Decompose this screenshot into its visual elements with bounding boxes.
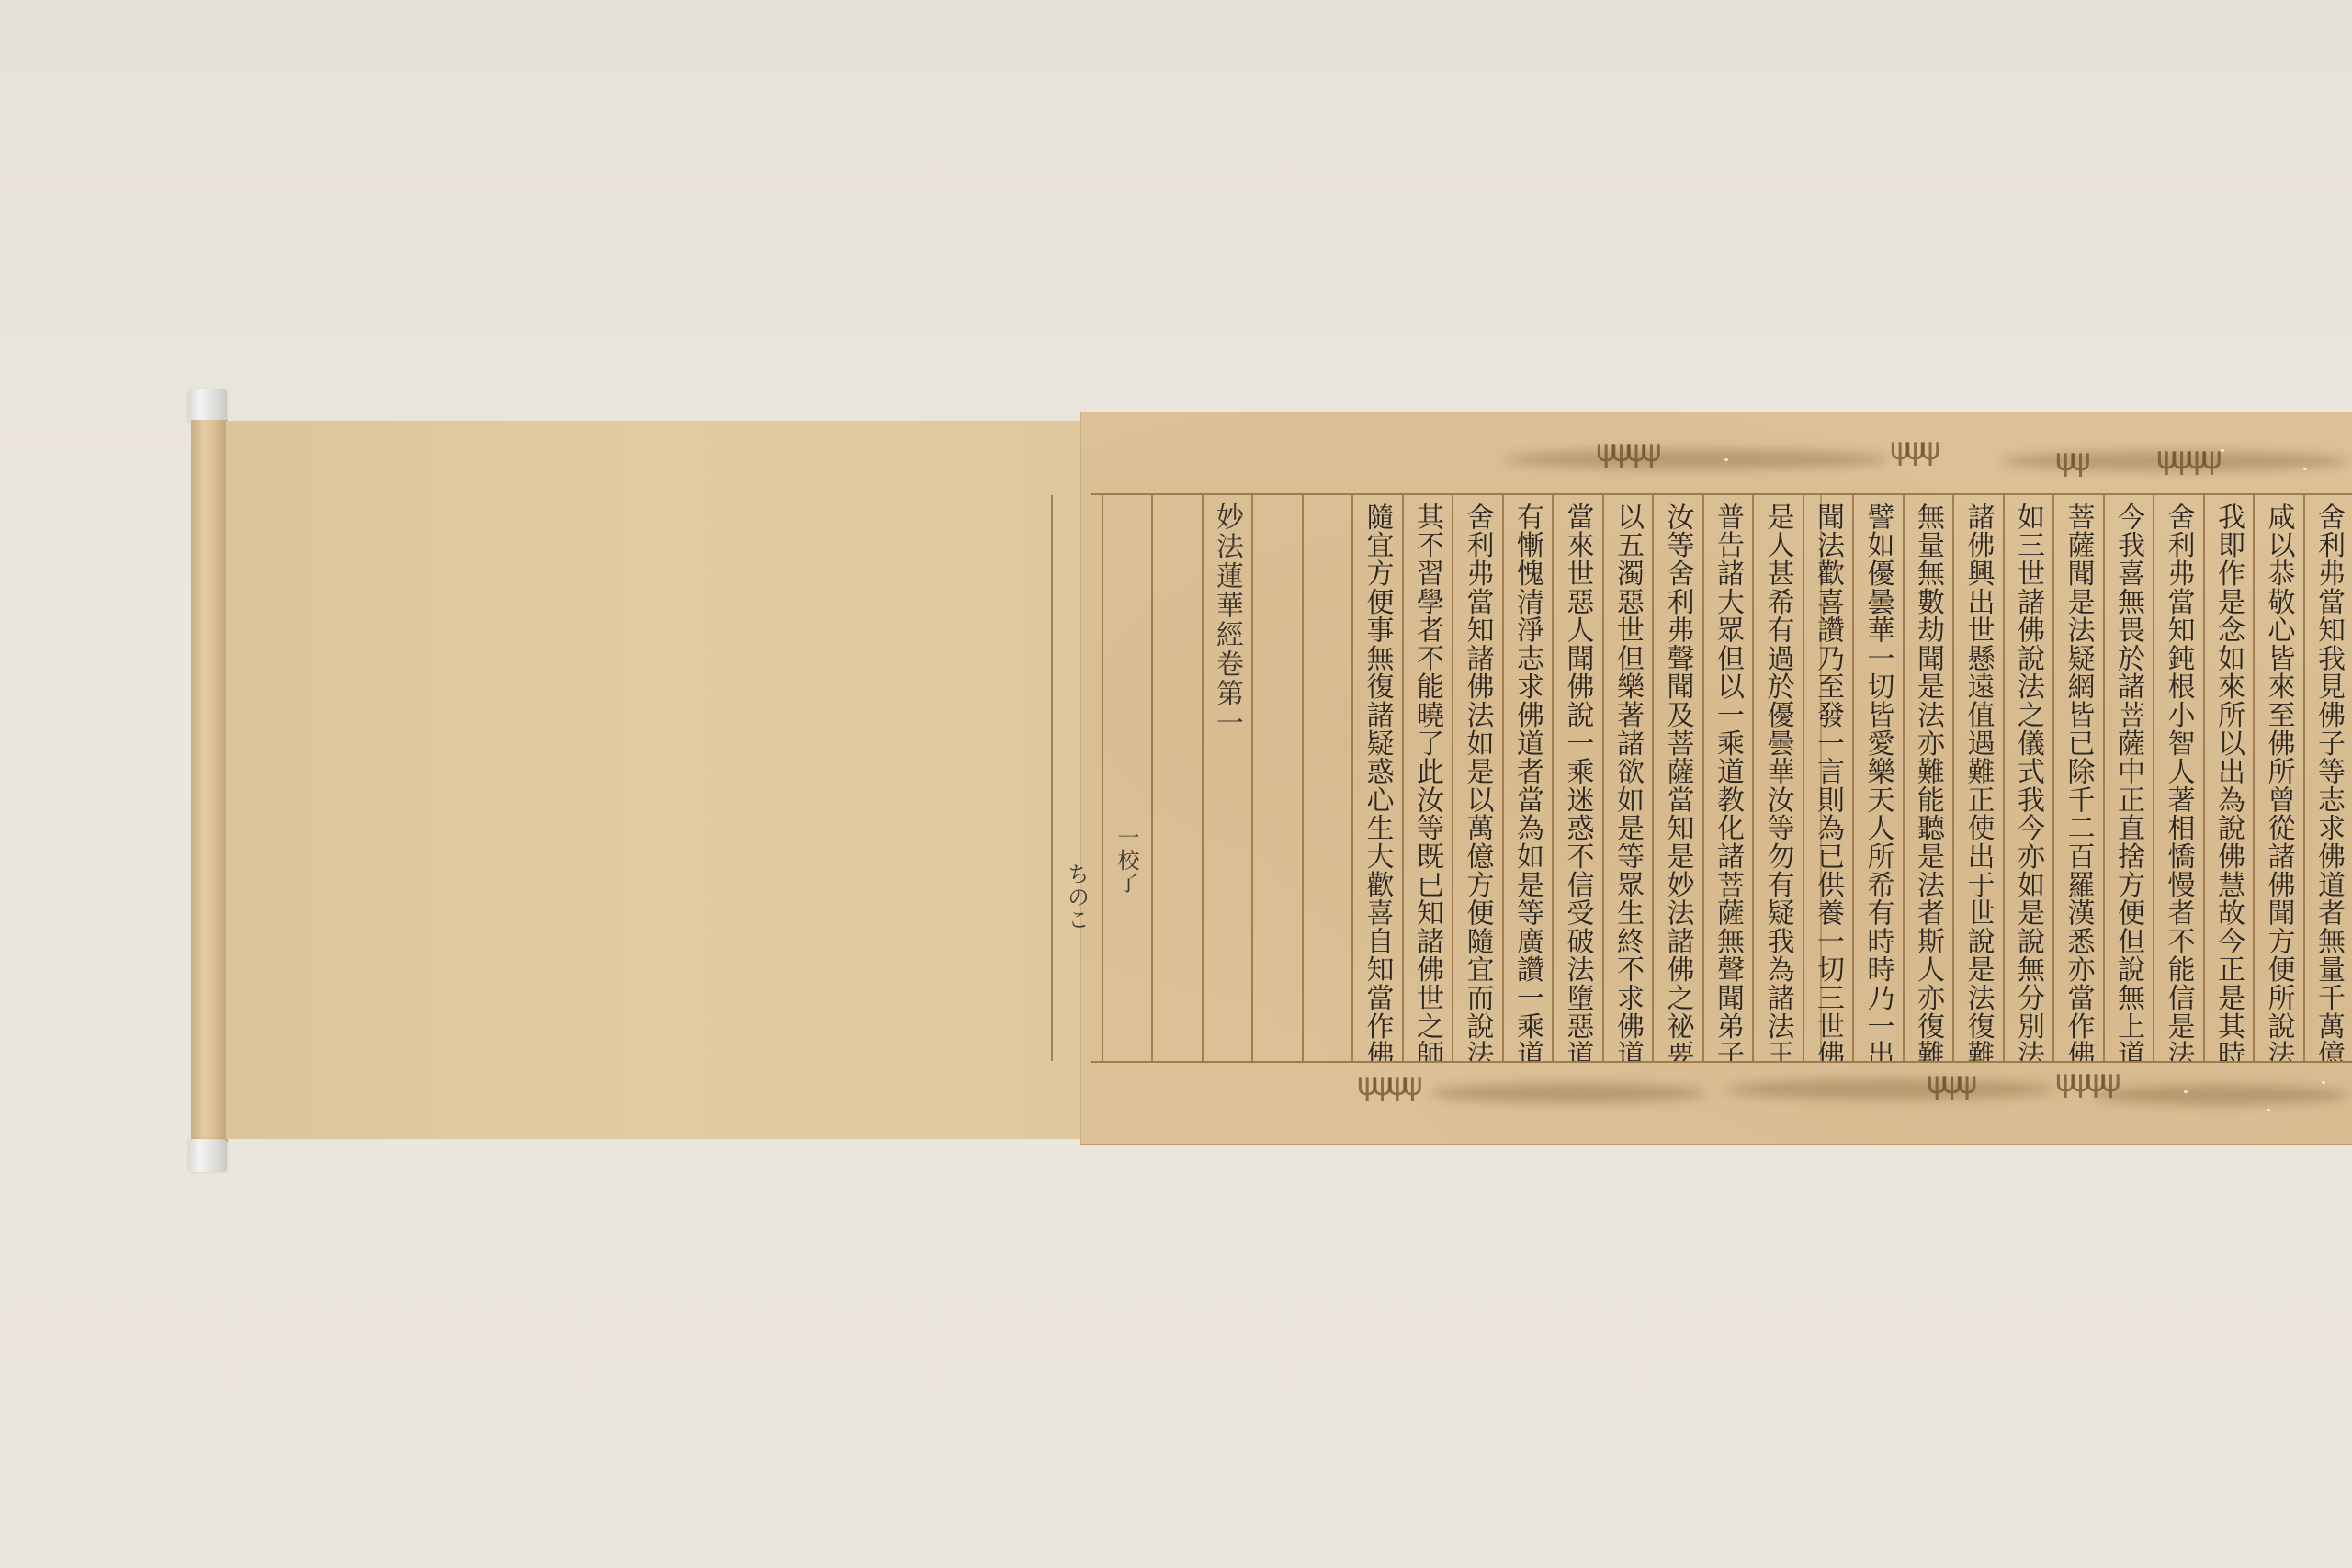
grass-tuft-icon: ψψψψ — [1596, 433, 1657, 469]
text-column: 舍利弗當知諸佛法如是以萬億方便隨宜而說法 — [1452, 495, 1502, 1061]
text-column: 無量無數劫聞是法亦難能聽是法者斯人亦復難 — [1903, 495, 1953, 1061]
text-column: 以五濁惡世但樂著諸欲如是等眾生終不求佛道 — [1602, 495, 1653, 1061]
text-column: 是人甚希有過於優曇華汝等勿有疑我為諸法王 — [1752, 495, 1803, 1061]
text-column: 普告諸大眾但以一乘道教化諸菩薩無聲聞弟子 — [1702, 495, 1753, 1061]
text-column: 今我喜無畏於諸菩薩中正直捨方便但說無上道 — [2103, 495, 2154, 1061]
sutra-text-section: ψψψψ ψψψ ψψ ψψψψ 舍利弗當知我見佛子等志求佛道者無量千萬億 咸以… — [1080, 412, 2352, 1145]
grass-tuft-icon: ψψψψ — [2055, 1063, 2116, 1100]
scroll-roller — [191, 420, 228, 1142]
ink-wash-stroke — [1724, 1079, 2055, 1100]
sutra-title-column: 妙法蓮華經卷第一 — [1202, 495, 1252, 1061]
text-column: 當來世惡人聞佛說一乘迷惑不信受破法墮惡道 — [1552, 495, 1602, 1061]
ruled-text-area: 舍利弗當知我見佛子等志求佛道者無量千萬億 咸以恭敬心皆來至佛所曾從諸佛聞方便所說… — [1091, 493, 2352, 1063]
empty-column — [1302, 495, 1352, 1061]
text-columns: 舍利弗當知我見佛子等志求佛道者無量千萬億 咸以恭敬心皆來至佛所曾從諸佛聞方便所說… — [1091, 495, 2352, 1061]
bottom-decorated-border: ψψψψ ψψψ ψψψψ — [1081, 1063, 2352, 1144]
text-column: 諸佛興出世懸遠值遇難正使出于世說是法復難 — [1952, 495, 2003, 1061]
grass-tuft-icon: ψψψ — [1890, 431, 1935, 468]
grass-tuft-icon: ψψψ — [1927, 1065, 1972, 1101]
grass-tuft-icon: ψψψψ — [2156, 440, 2217, 477]
top-decorated-border: ψψψψ ψψψ ψψ ψψψψ — [1081, 412, 2352, 493]
kana-note-column: ちのこ — [1051, 495, 1102, 1061]
roller-end-cap-bottom — [188, 1139, 227, 1172]
empty-column — [1251, 495, 1302, 1061]
text-column: 聞法歡喜讚乃至發一言則為已供養一切三世佛 — [1803, 495, 1853, 1061]
text-column: 其不習學者不能曉了此汝等既已知諸佛世之師 — [1402, 495, 1453, 1061]
text-column: 汝等舍利弗聲聞及菩薩當知是妙法諸佛之祕要 — [1652, 495, 1702, 1061]
text-column: 譬如優曇華一切皆愛樂天人所希有時時乃一出 — [1852, 495, 1903, 1061]
text-column: 我即作是念如來所以出為說佛慧故今正是其時 — [2203, 495, 2254, 1061]
text-column: 舍利弗當知我見佛子等志求佛道者無量千萬億 — [2303, 495, 2352, 1061]
text-column: 有慚愧清淨志求佛道者當為如是等廣讚一乘道 — [1502, 495, 1553, 1061]
text-column: 菩薩聞是法疑網皆已除千二百羅漢悉亦當作佛 — [2052, 495, 2103, 1061]
pencil-note-column: 一校了 — [1102, 495, 1152, 1061]
ink-wash-stroke — [1430, 1083, 1706, 1103]
ink-wash-stroke — [2092, 1085, 2349, 1105]
text-column: 咸以恭敬心皆來至佛所曾從諸佛聞方便所說法 — [2253, 495, 2303, 1061]
grass-tuft-icon: ψψψψ — [1357, 1066, 1418, 1103]
ink-wash-stroke — [1504, 449, 1890, 469]
blank-mounting-paper — [226, 421, 1084, 1139]
empty-column — [1151, 495, 1202, 1061]
grass-tuft-icon: ψψ — [2055, 442, 2086, 479]
text-column: 舍利弗當知鈍根小智人著相憍慢者不能信是法 — [2153, 495, 2203, 1061]
text-column: 如三世諸佛說法之儀式我今亦如是說無分別法 — [2003, 495, 2053, 1061]
text-column: 隨宜方便事無復諸疑惑心生大歡喜自知當作佛 — [1351, 495, 1402, 1061]
